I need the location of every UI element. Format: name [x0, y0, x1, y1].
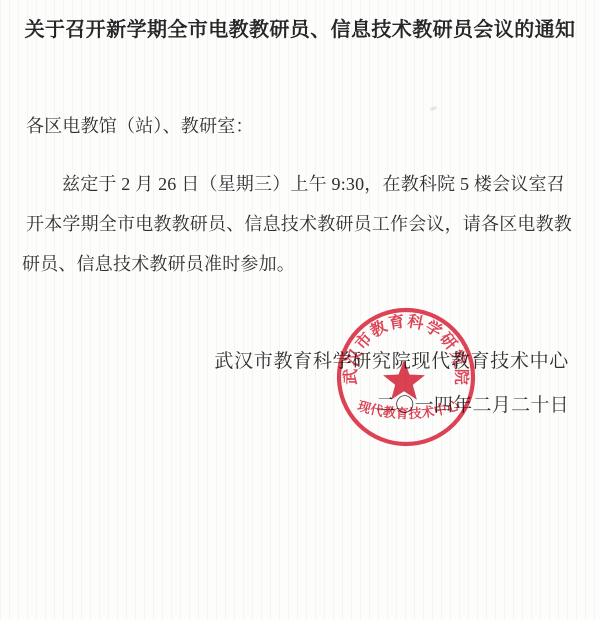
body-line-1: 兹定于 2 月 26 日（星期三）上午 9:30，在教科院 5 楼会议室召: [62, 171, 565, 197]
body-line-2: 开本学期全市电教教研员、信息技术教研员工作会议，请各区电教教: [26, 211, 572, 237]
notice-document: 关于召开新学期全市电教教研员、信息技术教研员会议的通知 各区电教馆（站）、教研室…: [0, 0, 600, 620]
salutation: 各区电教馆（站）、教研室：: [26, 113, 254, 139]
body-line-3: 研员、信息技术教研员准时参加。: [22, 251, 295, 277]
signature-date: 二〇一四年二月二十日: [376, 390, 569, 417]
seal-ring: [339, 310, 473, 444]
page-title: 关于召开新学期全市电教教研员、信息技术教研员会议的通知: [0, 16, 600, 44]
official-seal: 武汉市教育科学研究院 现代教育技术中心: [334, 305, 478, 449]
signature-organization: 武汉市教育科学研究院现代教育技术中心: [214, 346, 569, 373]
scan-speck: [430, 106, 438, 111]
